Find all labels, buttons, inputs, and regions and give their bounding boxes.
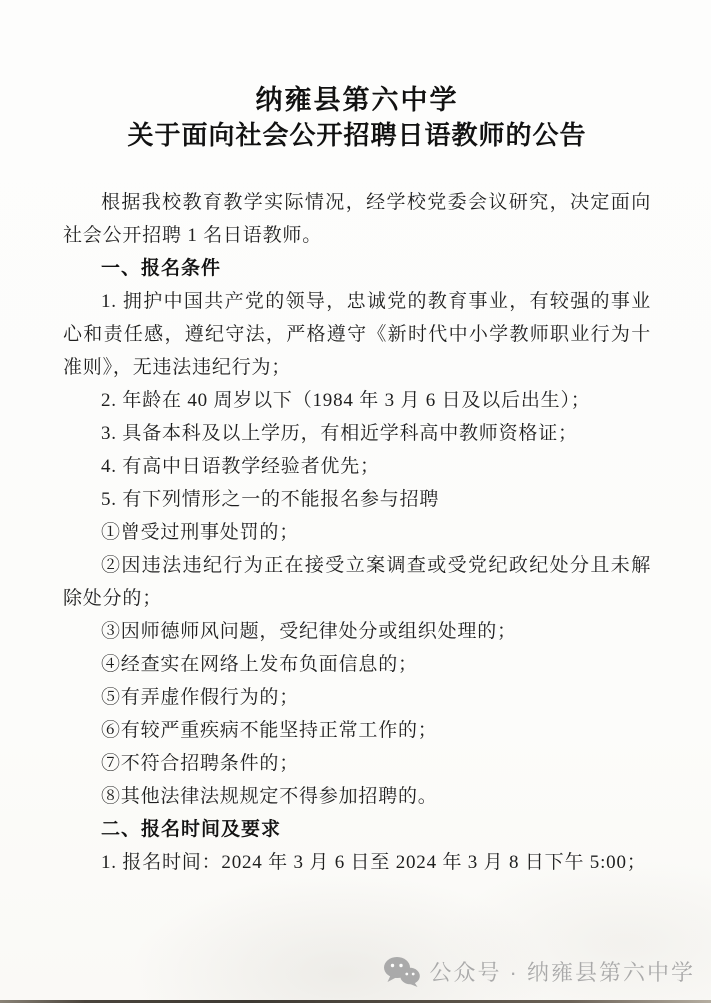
document-title: 纳雍县第六中学 关于面向社会公开招聘日语教师的公告 bbox=[63, 84, 651, 152]
paragraph-condition-2: 2. 年龄在 40 周岁以下（1984 年 3 月 6 日及以后出生）； bbox=[63, 384, 651, 417]
wechat-icon bbox=[383, 956, 420, 987]
paragraph-registration-time: 1. 报名时间：2024 年 3 月 6 日至 2024 年 3 月 8 日下午… bbox=[63, 846, 651, 879]
scanned-announcement-page: 纳雍县第六中学 关于面向社会公开招聘日语教师的公告 根据我校教育教学实际情况，经… bbox=[0, 0, 711, 1003]
paragraph-exclusion-3: ③因师德师风问题，受纪律处分或组织处理的； bbox=[63, 615, 651, 648]
wechat-account-label: 公众号 · 纳雍县第六中学 bbox=[429, 956, 695, 987]
paragraph-exclusion-8: ⑧其他法律法规规定不得参加招聘的。 bbox=[63, 780, 651, 813]
page-title: 纳雍县第六中学 bbox=[63, 84, 651, 116]
wechat-account-watermark: 公众号 · 纳雍县第六中学 bbox=[383, 956, 695, 987]
section-heading-2: 二、报名时间及要求 bbox=[63, 813, 651, 846]
paragraph-exclusion-6: ⑥有较严重疾病不能坚持正常工作的； bbox=[63, 714, 651, 747]
paragraph-exclusion-5: ⑤有弄虚作假行为的； bbox=[63, 681, 651, 714]
paragraph-exclusion-4: ④经查实在网络上发布负面信息的； bbox=[63, 648, 651, 681]
paragraph-exclusion-2: ②因违法违纪行为正在接受立案调查或受党纪政纪处分且未解除处分的； bbox=[63, 549, 651, 615]
paragraph-condition-5: 5. 有下列情形之一的不能报名参与招聘 bbox=[63, 483, 651, 516]
paragraph-condition-1: 1. 拥护中国共产党的领导，忠诚党的教育事业，有较强的事业心和责任感，遵纪守法，… bbox=[63, 285, 651, 384]
page-subtitle: 关于面向社会公开招聘日语教师的公告 bbox=[63, 118, 651, 152]
section-heading-1: 一、报名条件 bbox=[63, 252, 651, 285]
paragraph-condition-4: 4. 有高中日语教学经验者优先； bbox=[63, 450, 651, 483]
document-body: 根据我校教育教学实际情况，经学校党委会议研究，决定面向社会公开招聘 1 名日语教… bbox=[63, 186, 651, 879]
paragraph-condition-3: 3. 具备本科及以上学历，有相近学科高中教师资格证； bbox=[63, 417, 651, 450]
paragraph-exclusion-1: ①曾受过刑事处罚的； bbox=[63, 516, 651, 549]
paragraph-intro: 根据我校教育教学实际情况，经学校党委会议研究，决定面向社会公开招聘 1 名日语教… bbox=[63, 186, 651, 252]
paragraph-exclusion-7: ⑦不符合招聘条件的； bbox=[63, 747, 651, 780]
